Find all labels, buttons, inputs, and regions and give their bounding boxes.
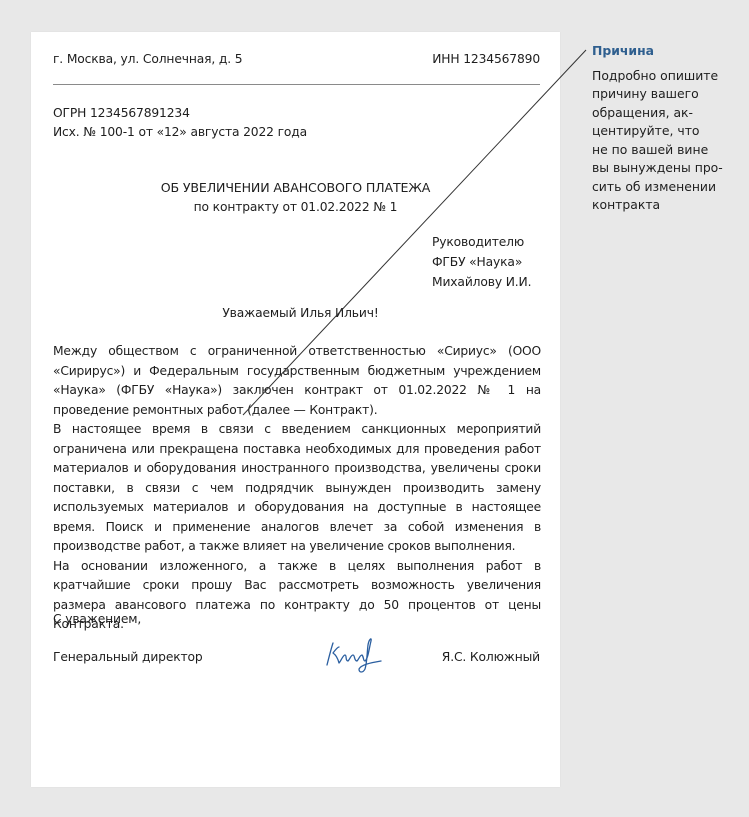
annotation-line: центируйте, что — [592, 122, 742, 141]
signature-icon — [321, 635, 385, 675]
annotation-line: вы вынуждены про- — [592, 159, 742, 178]
annotation-line: контракта — [592, 196, 742, 215]
addressee-block: Руководителю ФГБУ «Наука» Михайлову И.И. — [432, 232, 531, 292]
sender-inn: ИНН 1234567890 — [432, 50, 540, 69]
addressee-line: Михайлову И.И. — [432, 272, 531, 292]
annotation-text: Подробно опишите причину вашего обращени… — [592, 67, 742, 215]
signer-position: Генеральный директор — [53, 648, 203, 667]
body-paragraph: Между обществом с ограниченной ответстве… — [53, 342, 541, 420]
letter-body: Между обществом с ограниченной ответстве… — [53, 342, 541, 635]
annotation-note: Причина Подробно опишите причину вашего … — [592, 42, 742, 215]
addressee-line: ФГБУ «Наука» — [432, 252, 531, 272]
annotation-line: сить об изменении — [592, 178, 742, 197]
outgoing-reference: Исх. № 100-1 от «12» августа 2022 года — [53, 123, 307, 142]
annotation-line: причину вашего — [592, 85, 742, 104]
addressee-line: Руководителю — [432, 232, 531, 252]
closing-phrase: С уважением, — [53, 610, 141, 629]
salutation: Уважаемый Илья Ильич! — [31, 304, 560, 323]
annotation-line: не по вашей вине — [592, 141, 742, 160]
header-divider — [53, 84, 540, 85]
body-paragraph: В настоящее время в связи с введением са… — [53, 420, 541, 557]
sender-address: г. Москва, ул. Солнечная, д. 5 — [53, 50, 242, 69]
letter-page: г. Москва, ул. Солнечная, д. 5 ИНН 12345… — [31, 32, 560, 787]
signer-name: Я.С. Колюжный — [442, 648, 540, 667]
annotation-line: обращения, ак- — [592, 104, 742, 123]
letter-subtitle: по контракту от 01.02.2022 № 1 — [31, 198, 560, 217]
sender-ogrn: ОГРН 1234567891234 — [53, 104, 190, 123]
annotation-line: Подробно опишите — [592, 67, 742, 86]
letter-title: ОБ УВЕЛИЧЕНИИ АВАНСОВОГО ПЛАТЕЖА — [31, 178, 560, 197]
annotation-title: Причина — [592, 42, 742, 61]
